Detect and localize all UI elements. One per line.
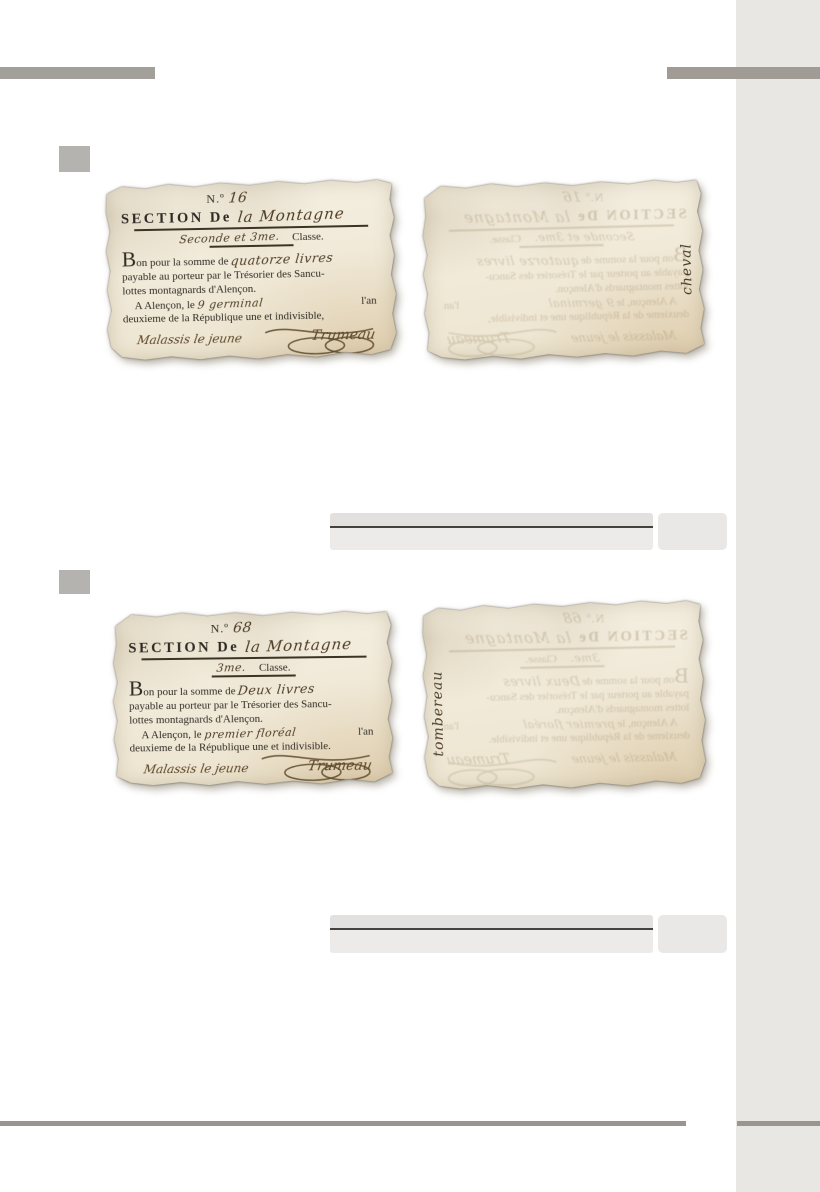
numero-label: N.º <box>206 191 225 205</box>
paper-back: N.º 16 SECTION De la Montagne Seconde et… <box>421 178 706 362</box>
paper-front: N.º 16 SECTION De la Montagne Seconde et… <box>104 178 397 362</box>
estimate-table <box>330 513 653 550</box>
estimate-side-box <box>658 513 727 550</box>
bottom-right-rule <box>737 1121 820 1126</box>
estimate-table-body <box>330 528 653 550</box>
bottom-left-rule <box>0 1121 686 1126</box>
classe-line: 3me. Classe. <box>129 659 379 675</box>
estimate-table-body <box>330 930 653 953</box>
paper-front: N.º 68 SECTION De la Montagne 3me. Class… <box>112 609 394 786</box>
lot-number-marker <box>59 570 90 594</box>
classe-line: Seconde et 3me. Classe. <box>121 228 381 246</box>
note-back-image: N.º 68 SECTION De la Montagne 3me. Class… <box>421 599 707 791</box>
signature-flourish <box>261 323 382 357</box>
showthrough-text: N.º 16 SECTION De la Montagne Seconde et… <box>421 178 706 362</box>
paper-back: N.º 68 SECTION De la Montagne 3me. Class… <box>421 599 707 791</box>
showthrough-text: N.º 68 SECTION De la Montagne 3me. Class… <box>421 599 707 791</box>
estimate-table <box>330 915 653 953</box>
top-right-rule <box>667 67 820 79</box>
estimate-table-header <box>330 513 653 526</box>
verso-annotation: tombereau <box>426 648 451 778</box>
note-back-image: N.º 16 SECTION De la Montagne Seconde et… <box>421 178 706 362</box>
signature-flourish <box>258 749 378 782</box>
estimate-side-box <box>658 915 727 953</box>
signature-left: Malassis le jeune <box>136 331 243 347</box>
lot-number-marker <box>59 146 90 172</box>
right-margin-band <box>736 0 820 1192</box>
catalog-page: N.º 16 SECTION De la Montagne Seconde et… <box>0 0 820 1192</box>
verso-annotation: cheval <box>674 204 699 334</box>
signature-left: Malassis le jeune <box>143 761 250 776</box>
note-front-image: N.º 16 SECTION De la Montagne Seconde et… <box>104 178 397 362</box>
note-number: N.º 68 <box>211 618 379 636</box>
numero-label: N.º <box>211 621 230 635</box>
numero-value: 68 <box>232 620 253 637</box>
section-title: SECTION De la Montagne <box>128 635 378 657</box>
estimate-table-header <box>330 915 653 928</box>
note-front-image: N.º 68 SECTION De la Montagne 3me. Class… <box>112 609 394 786</box>
classe-rule <box>212 674 296 677</box>
numero-value: 16 <box>228 190 249 207</box>
note-number: N.º 16 <box>206 187 380 206</box>
classe-rule <box>210 244 294 248</box>
top-left-rule <box>0 67 155 79</box>
